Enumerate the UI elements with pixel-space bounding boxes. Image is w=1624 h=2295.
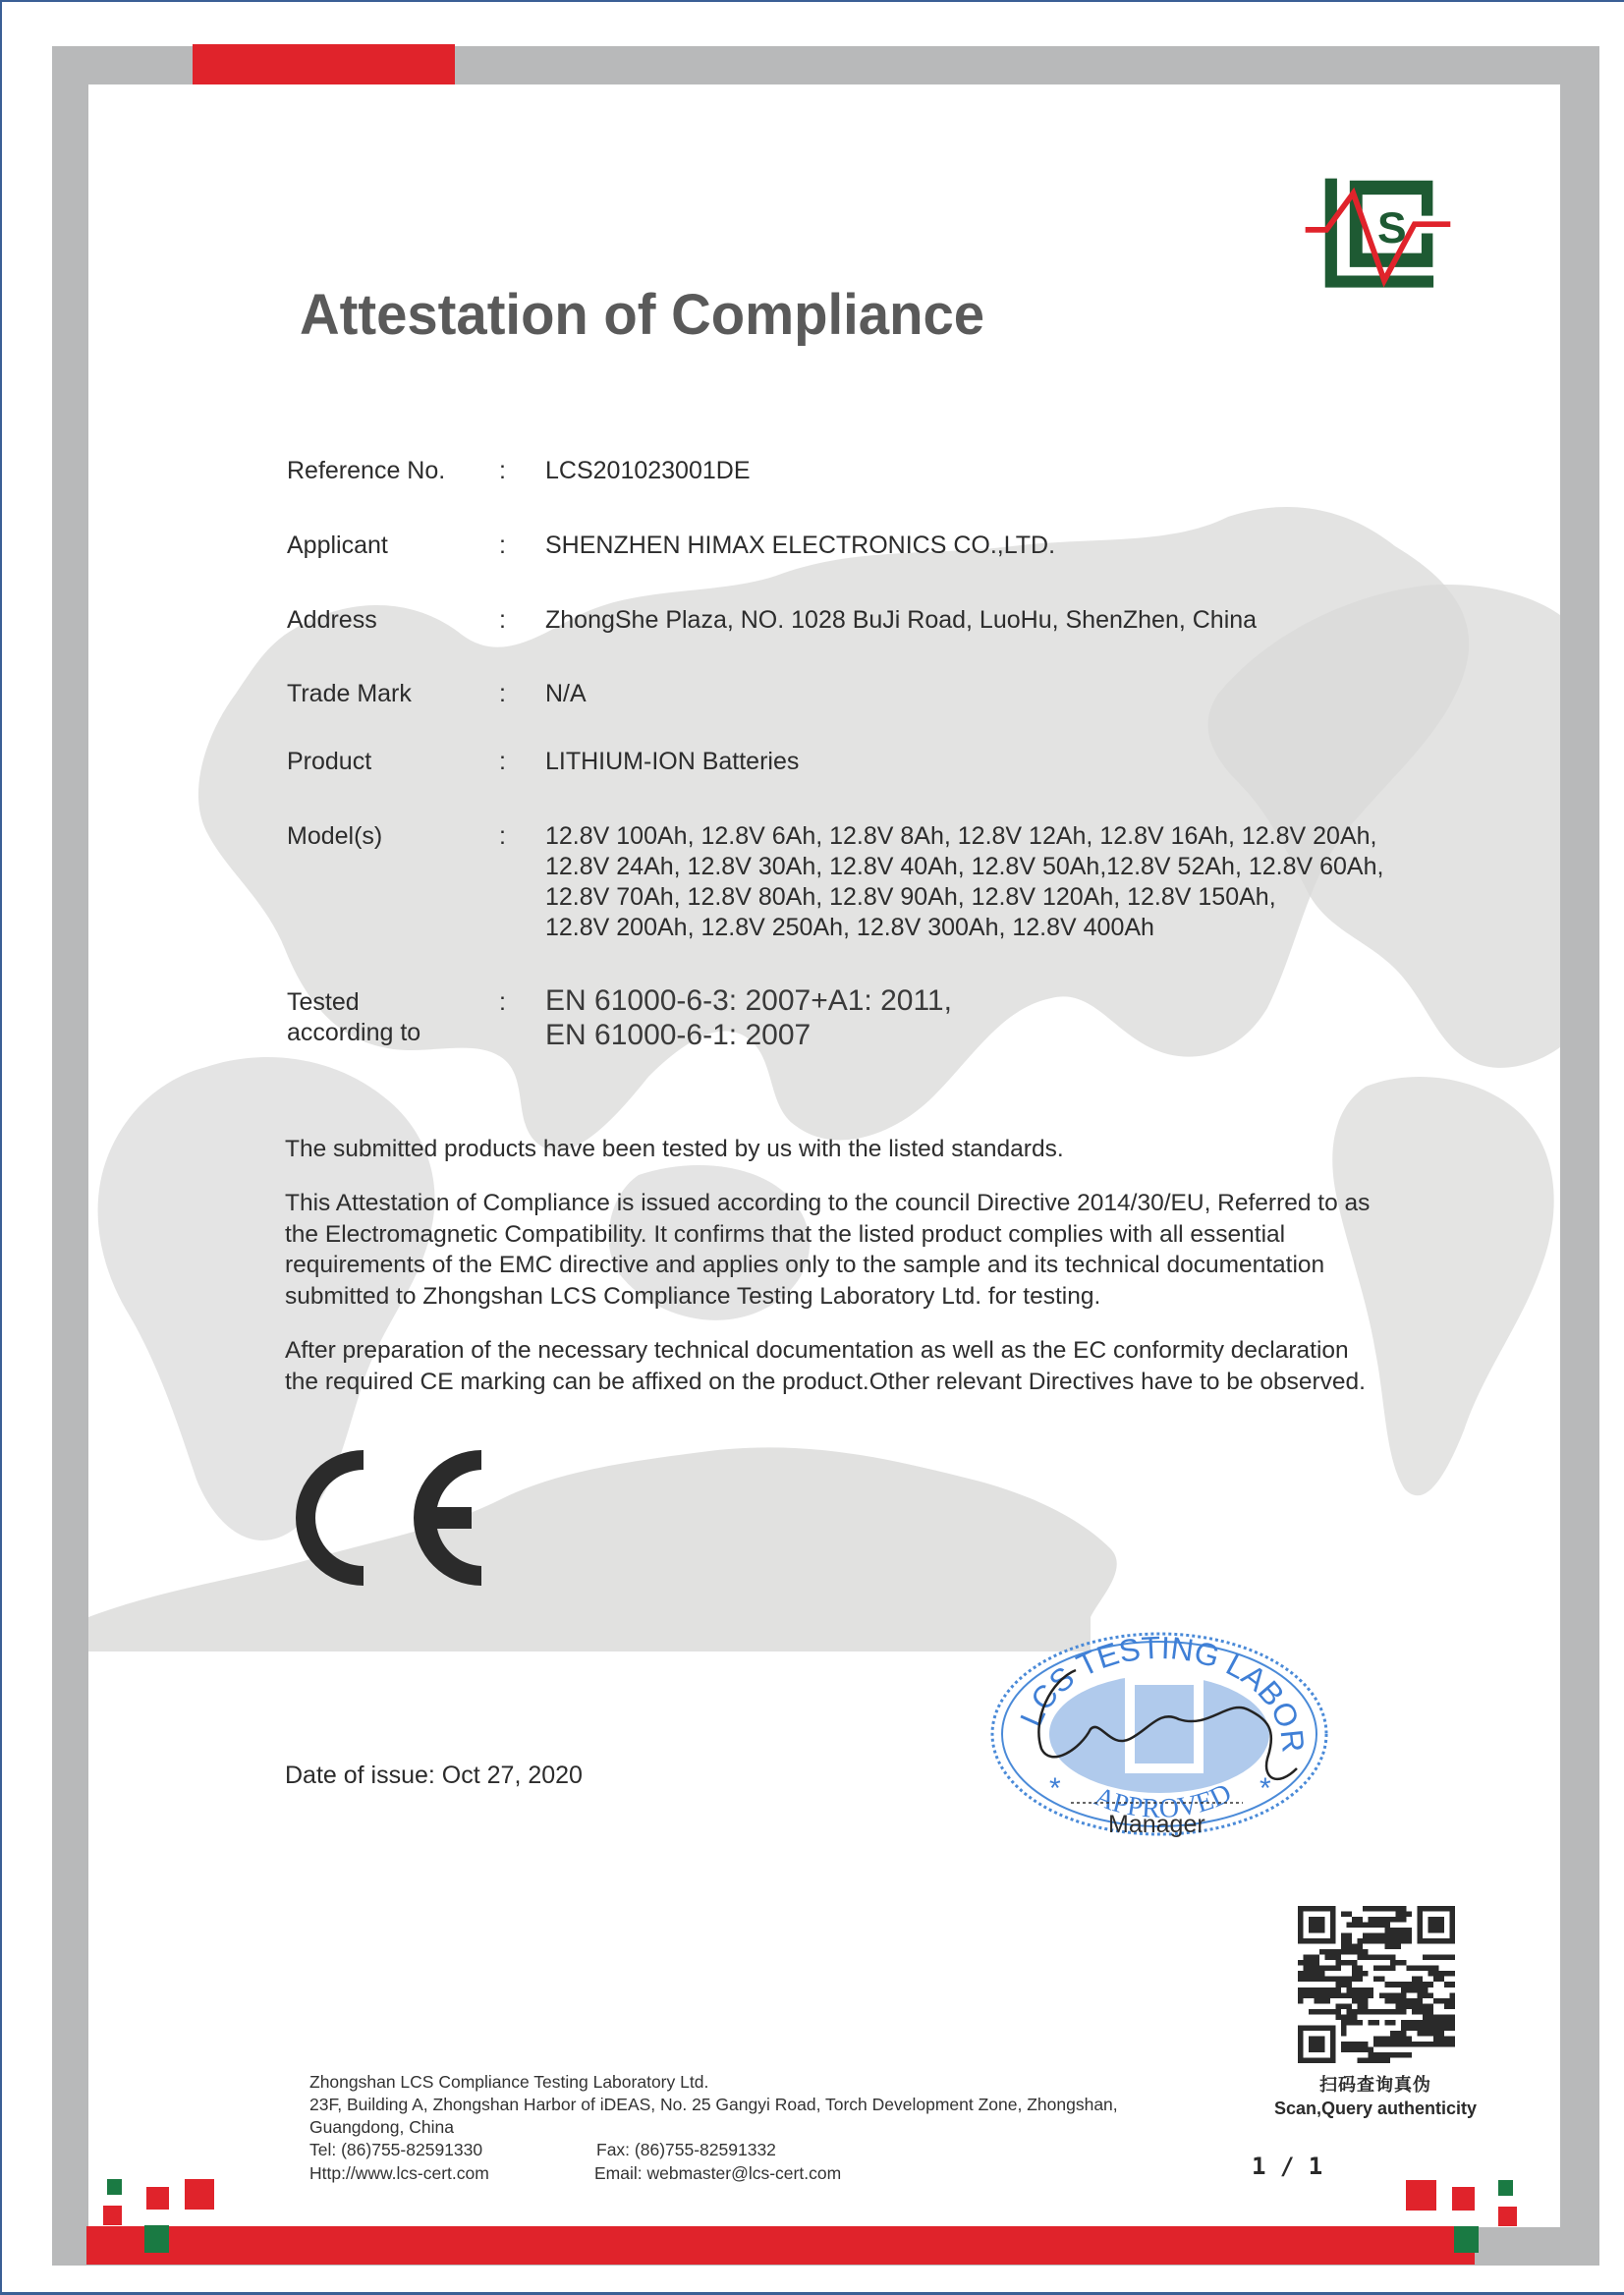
directive-paragraph: This Attestation of Compliance is issued…: [285, 1188, 1513, 1312]
lab-tel: Tel: (86)755-82591330: [309, 2139, 482, 2162]
signatory-title: Manager: [1108, 1811, 1205, 1839]
ornament-square: [1498, 2207, 1517, 2226]
qr-caption-chinese: 扫码查询真伪: [1258, 2073, 1493, 2097]
qr-caption: 扫码查询真伪 Scan,Query authenticity: [1258, 2073, 1493, 2120]
product-value: LITHIUM-ION Batteries: [545, 747, 799, 777]
models-line: 12.8V 70Ah, 12.8V 80Ah, 12.8V 90Ah, 12.8…: [545, 882, 1383, 913]
standards-list: EN 61000-6-3: 2007+A1: 2011, EN 61000-6-…: [545, 983, 952, 1052]
models-list: 12.8V 100Ah, 12.8V 6Ah, 12.8V 8Ah, 12.8V…: [545, 821, 1383, 943]
reference-number: LCS201023001DE: [545, 456, 751, 486]
ornament-square: [1454, 2226, 1479, 2253]
bottom-red-bar: [86, 2226, 1475, 2265]
field-colon: :: [499, 987, 506, 1018]
field-colon: :: [499, 605, 506, 636]
ornament-square: [1452, 2187, 1475, 2211]
lab-email-link[interactable]: Email: webmaster@lcs-cert.com: [594, 2162, 841, 2186]
field-colon: :: [499, 747, 506, 777]
standard-line: EN 61000-6-1: 2007: [545, 1018, 952, 1052]
field-label: Address: [287, 605, 493, 636]
ornament-square: [107, 2179, 122, 2195]
field-label: Tested according to: [287, 987, 493, 1048]
field-label: Trade Mark: [287, 679, 493, 709]
qr-caption-english: Scan,Query authenticity: [1258, 2097, 1493, 2120]
ce-mark-icon: [285, 1444, 491, 1592]
qr-code-icon[interactable]: [1298, 1906, 1455, 2063]
field-label: Model(s): [287, 821, 493, 852]
applicant-name: SHENZHEN HIMAX ELECTRONICS CO.,LTD.: [545, 531, 1055, 561]
top-red-tab: [193, 44, 455, 84]
field-colon: :: [499, 531, 506, 561]
scan-edge-top: [0, 0, 1624, 2]
field-colon: :: [499, 821, 506, 852]
ornament-square: [185, 2179, 214, 2210]
applicant-address: ZhongShe Plaza, NO. 1028 BuJi Road, LuoH…: [545, 605, 1257, 636]
trade-mark-value: N/A: [545, 679, 587, 709]
field-label: Applicant: [287, 531, 493, 561]
lab-website-link[interactable]: Http://www.lcs-cert.com: [309, 2162, 489, 2186]
lcs-logo-icon: S: [1277, 147, 1488, 319]
svg-text:*: *: [1049, 1772, 1061, 1805]
lab-address-line: Guangdong, China: [309, 2116, 454, 2140]
models-line: 12.8V 24Ah, 12.8V 30Ah, 12.8V 40Ah, 12.8…: [545, 852, 1383, 882]
ornament-square: [1498, 2180, 1513, 2196]
lab-fax: Fax: (86)755-82591332: [596, 2139, 776, 2162]
approval-stamp-icon: LCS TESTING LABORATORY APPROVED * *: [982, 1611, 1336, 1837]
lab-address-line: 23F, Building A, Zhongshan Harbor of iDE…: [309, 2094, 1118, 2117]
page-title: Attestation of Compliance: [300, 282, 984, 348]
ce-marking-paragraph: After preparation of the necessary techn…: [285, 1335, 1513, 1397]
scan-edge-left: [0, 0, 2, 2295]
ornament-square: [103, 2206, 122, 2225]
field-colon: :: [499, 679, 506, 709]
models-line: 12.8V 200Ah, 12.8V 250Ah, 12.8V 300Ah, 1…: [545, 913, 1383, 943]
field-label: Reference No.: [287, 456, 493, 486]
standard-line: EN 61000-6-3: 2007+A1: 2011,: [545, 983, 952, 1018]
ornament-square: [1406, 2180, 1436, 2211]
models-line: 12.8V 100Ah, 12.8V 6Ah, 12.8V 8Ah, 12.8V…: [545, 821, 1383, 852]
page-number: 1 / 1: [1252, 2153, 1322, 2180]
lab-name: Zhongshan LCS Compliance Testing Laborat…: [309, 2071, 708, 2095]
field-colon: :: [499, 456, 506, 486]
statement-paragraph: The submitted products have been tested …: [285, 1134, 1513, 1165]
ornament-square: [144, 2225, 169, 2253]
ornament-square: [146, 2187, 169, 2210]
date-of-issue: Date of issue: Oct 27, 2020: [285, 1762, 583, 1790]
field-label: Product: [287, 747, 493, 777]
